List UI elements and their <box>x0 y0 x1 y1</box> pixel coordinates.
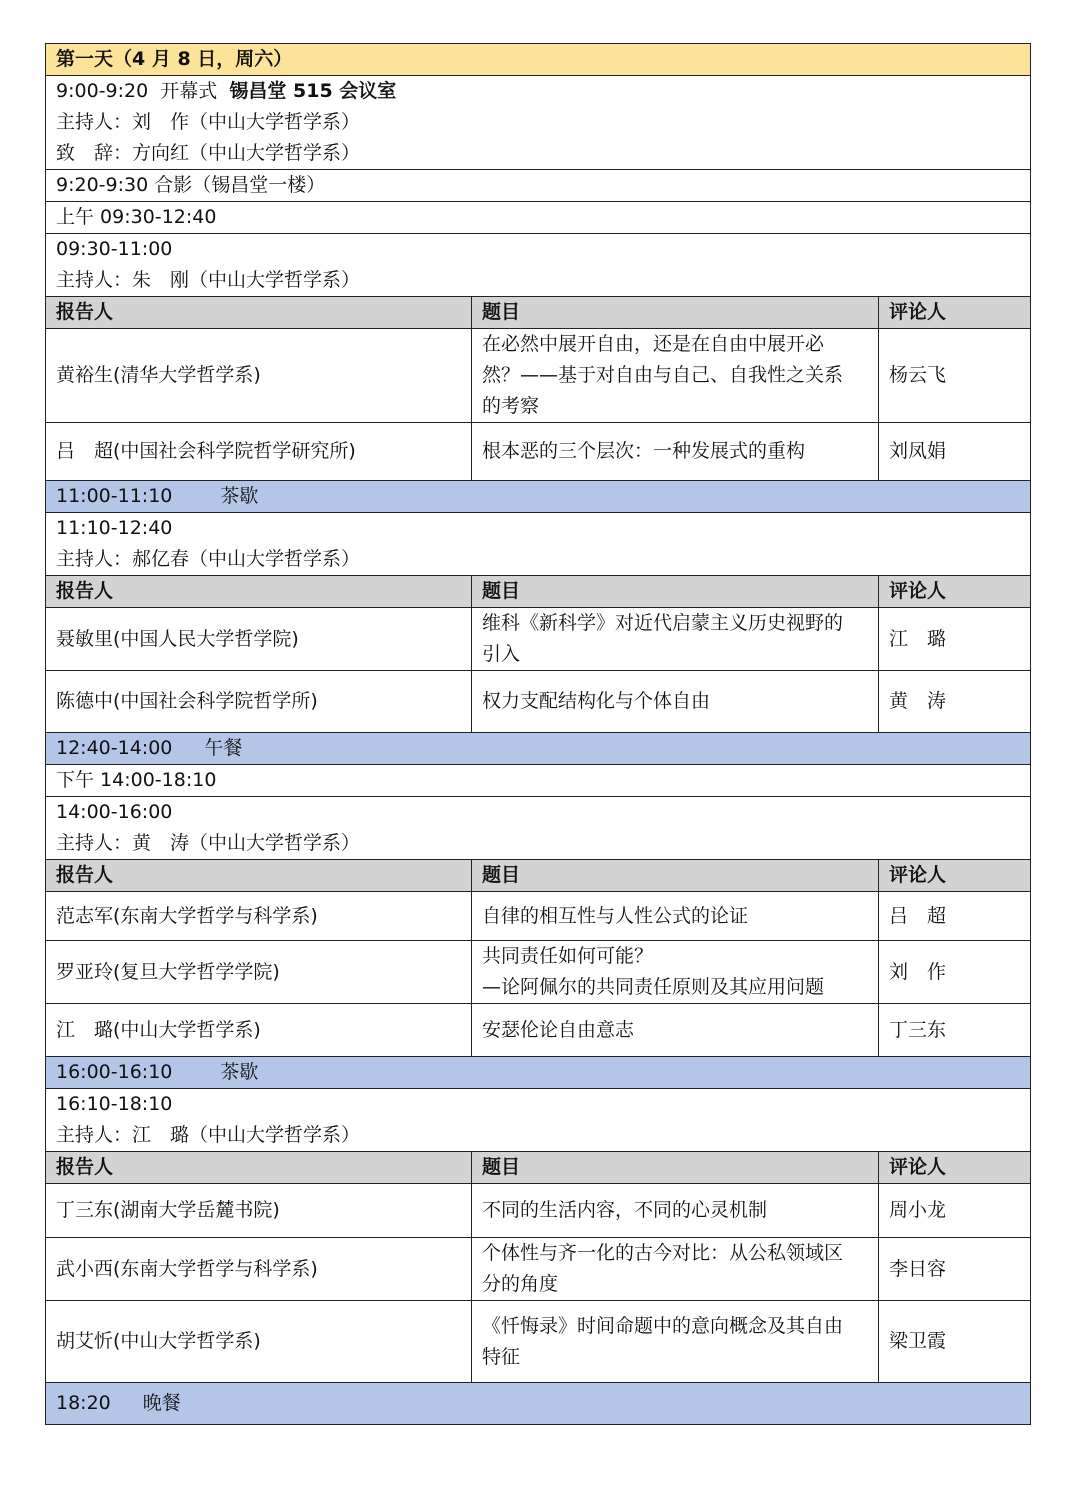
photo-row: 9:20-9:30 合影（锡昌堂一楼） <box>46 170 1031 202</box>
table-row: 胡艾忻(中山大学哲学系) 《忏悔录》时间命题中的意向概念及其自由特征 梁卫霞 <box>46 1301 1031 1383</box>
table-row: 武小西(东南大学哲学与科学系) 个体性与齐一化的古今对比：从公私领域区分的角度 … <box>46 1238 1031 1301</box>
opening-time: 9:00-9:20 <box>56 80 148 102</box>
column-header-row: 报告人题目评论人 <box>46 297 1031 329</box>
table-row: 陈德中(中国社会科学院哲学所) 权力支配结构化与个体自由 黄 涛 <box>46 671 1031 733</box>
table-row: 聂敏里(中国人民大学哲学院) 维科《新科学》对近代启蒙主义历史视野的引入 江 璐 <box>46 608 1031 671</box>
session-3-info: 14:00-16:00 主持人：黄 涛（中山大学哲学系） <box>46 797 1031 860</box>
session-1-info: 09:30-11:00 主持人：朱 刚（中山大学哲学系） <box>46 234 1031 297</box>
morning-row: 上午 09:30-12:40 <box>46 202 1031 234</box>
opening-event: 开幕式 <box>160 80 217 102</box>
day-header-row: 第一天（4 月 8 日，周六） <box>46 44 1031 76</box>
session-2-info: 11:10-12:40 主持人：郝亿春（中山大学哲学系） <box>46 513 1031 576</box>
opening-row: 9:00-9:20 开幕式 锡昌堂 515 会议室 主持人：刘 作（中山大学哲学… <box>46 76 1031 170</box>
schedule-document: 第一天（4 月 8 日，周六） 9:00-9:20 开幕式 锡昌堂 515 会议… <box>45 43 1030 1425</box>
break-row: 18:20晚餐 <box>46 1383 1031 1425</box>
table-row: 吕 超(中国社会科学院哲学研究所) 根本恶的三个层次：一种发展式的重构 刘凤娟 <box>46 423 1031 481</box>
table-row: 江 璐(中山大学哲学系) 安瑟伦论自由意志 丁三东 <box>46 1004 1031 1057</box>
afternoon-row: 下午 14:00-18:10 <box>46 765 1031 797</box>
schedule-table: 第一天（4 月 8 日，周六） 9:00-9:20 开幕式 锡昌堂 515 会议… <box>45 43 1031 1425</box>
column-header-row: 报告人题目评论人 <box>46 1152 1031 1184</box>
break-row: 12:40-14:00午餐 <box>46 733 1031 765</box>
opening-host: 主持人：刘 作（中山大学哲学系） <box>56 107 1020 138</box>
table-row: 罗亚玲(复旦大学哲学学院) 共同责任如何可能？—论阿佩尔的共同责任原则及其应用问… <box>46 941 1031 1004</box>
table-row: 黄裕生(清华大学哲学系) 在必然中展开自由，还是在自由中展开必然？——基于对自由… <box>46 329 1031 423</box>
session-4-info: 16:10-18:10 主持人：江 璐（中山大学哲学系） <box>46 1089 1031 1152</box>
break-row: 11:00-11:10茶歇 <box>46 481 1031 513</box>
table-row: 丁三东(湖南大学岳麓书院) 不同的生活内容，不同的心灵机制 周小龙 <box>46 1184 1031 1238</box>
column-header-row: 报告人题目评论人 <box>46 860 1031 892</box>
day-header: 第一天（4 月 8 日，周六） <box>46 44 1031 76</box>
table-row: 范志军(东南大学哲学与科学系) 自律的相互性与人性公式的论证 吕 超 <box>46 892 1031 941</box>
opening-speech: 致 辞：方向红（中山大学哲学系） <box>56 138 1020 169</box>
opening-venue: 锡昌堂 515 会议室 <box>229 80 396 102</box>
break-row: 16:00-16:10茶歇 <box>46 1057 1031 1089</box>
column-header-row: 报告人题目评论人 <box>46 576 1031 608</box>
